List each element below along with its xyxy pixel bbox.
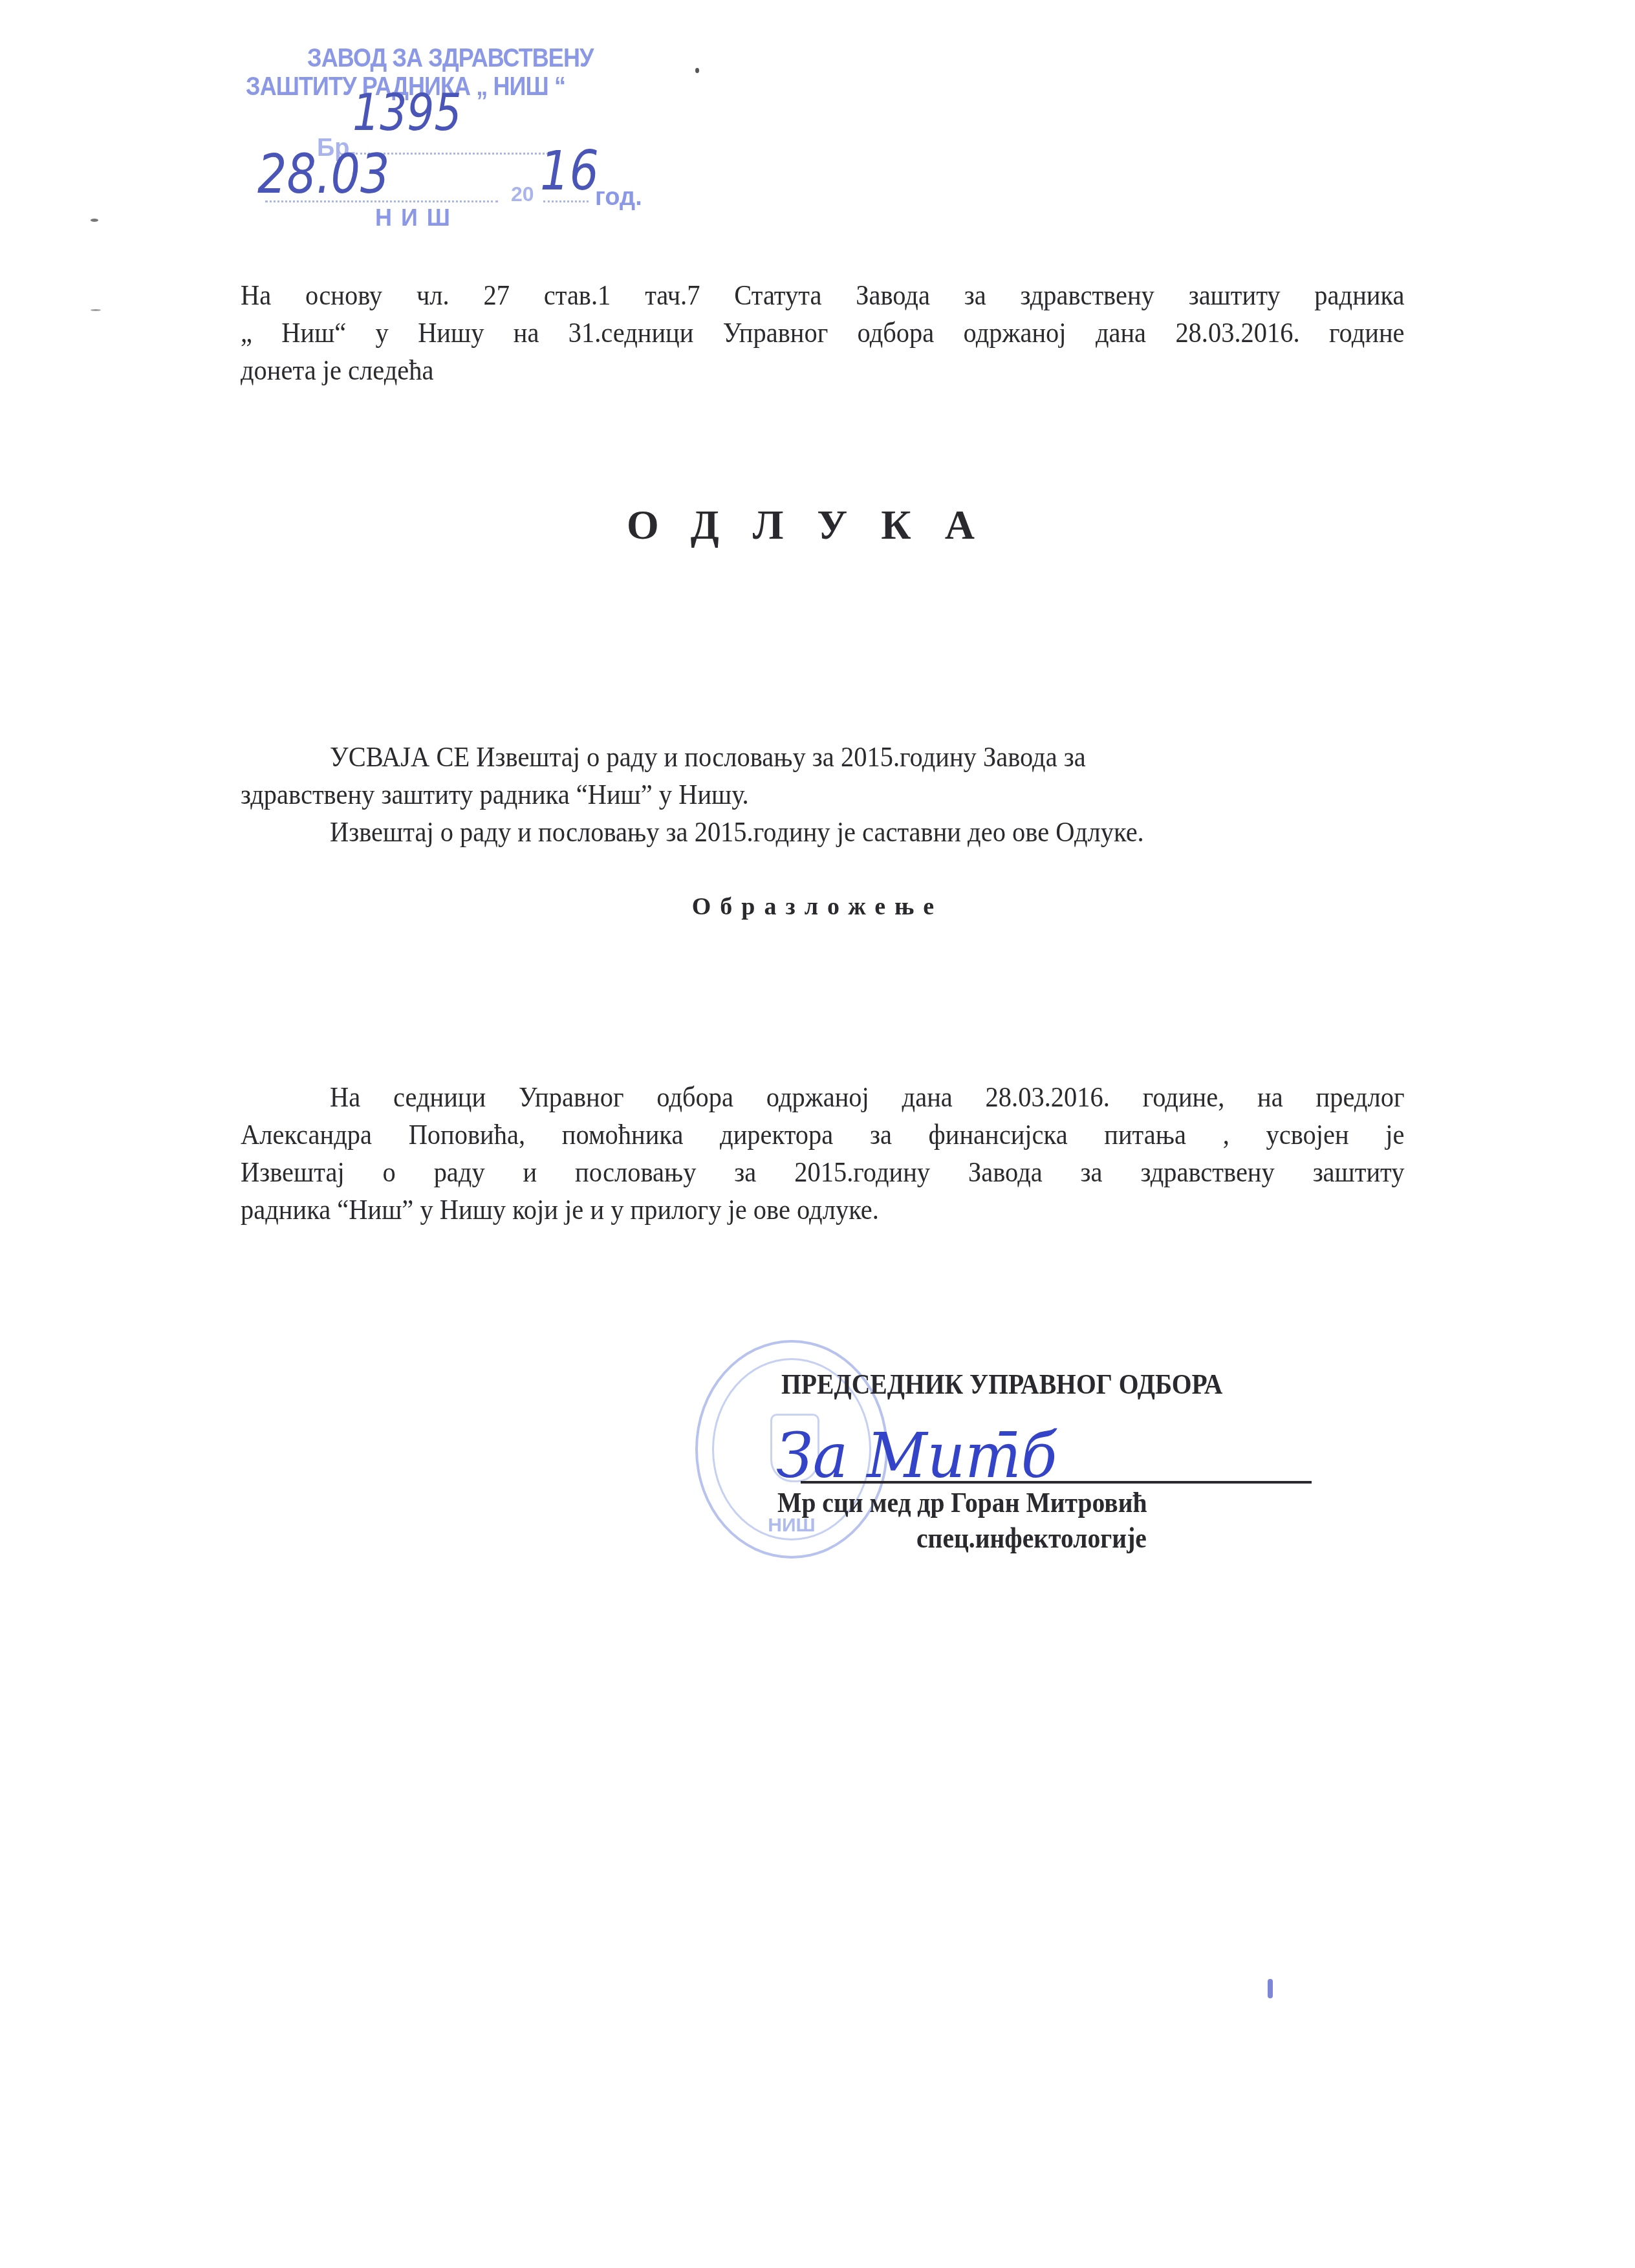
stamp-year-rule	[543, 200, 589, 202]
stamp-year-label: год.	[595, 184, 642, 211]
stamp-date-rule	[265, 200, 498, 202]
stamp-number-value: 1395	[352, 84, 462, 142]
registry-stamp: ЗАВОД ЗА ЗДРАВСТВЕНУ ЗАШТИТУ РАДНИКА „ Н…	[246, 19, 647, 226]
preamble-line-1: На основу чл. 27 став.1 тач.7 Статута За…	[241, 277, 1405, 314]
decision-line-2: здравствену заштиту радника “Ниш” у Нишу…	[241, 776, 1405, 814]
decision: УСВАЈА СЕ Извештај о раду и пословању за…	[241, 739, 1312, 851]
signatory-name: Мр сци мед др Горан Митровић	[777, 1486, 1147, 1519]
rationale: На седници Управног одбора одржаној дана…	[241, 1079, 1312, 1229]
rationale-line-4: радника “Ниш” у Нишу који је и у прилогу…	[241, 1191, 1405, 1229]
preamble: На основу чл. 27 став.1 тач.7 Статута За…	[241, 277, 1312, 389]
rationale-line-1: На седници Управног одбора одржаној дана…	[241, 1079, 1405, 1116]
stamp-year-prefix: 20	[511, 182, 534, 206]
decision-line-1: УСВАЈА СЕ Извештај о раду и пословању за…	[241, 739, 1405, 776]
document-title: ОДЛУКА	[0, 501, 1635, 549]
signature-line	[801, 1481, 1312, 1484]
stamp-institution-line1: ЗАВОД ЗА ЗДРАВСТВЕНУ	[307, 44, 594, 73]
scan-speck	[1268, 1979, 1273, 1998]
rationale-heading: Образложење	[0, 892, 1635, 921]
preamble-line-3: донета је следећа	[241, 352, 1405, 389]
signatory-role: спец.инфектологије	[916, 1522, 1147, 1555]
stamp-date-value: 28.03	[257, 142, 389, 206]
stamp-year-suffix: 16	[540, 139, 599, 202]
signatory-title: ПРЕДСЕДНИК УПРАВНОГ ОДБОРА	[781, 1368, 1222, 1401]
decision-line-3: Извештај о раду и пословању за 2015.годи…	[241, 814, 1405, 851]
stamp-city: НИШ	[375, 204, 459, 232]
scan-speck	[695, 68, 699, 73]
scan-speck	[91, 219, 98, 222]
scan-speck	[91, 309, 101, 311]
rationale-line-3: Извештај о раду и пословању за 2015.годи…	[241, 1154, 1405, 1191]
rationale-line-2: Александра Поповића, помоћника директора…	[241, 1116, 1405, 1154]
preamble-line-2: „ Ниш“ у Нишу на 31.седници Управног одб…	[241, 314, 1405, 352]
